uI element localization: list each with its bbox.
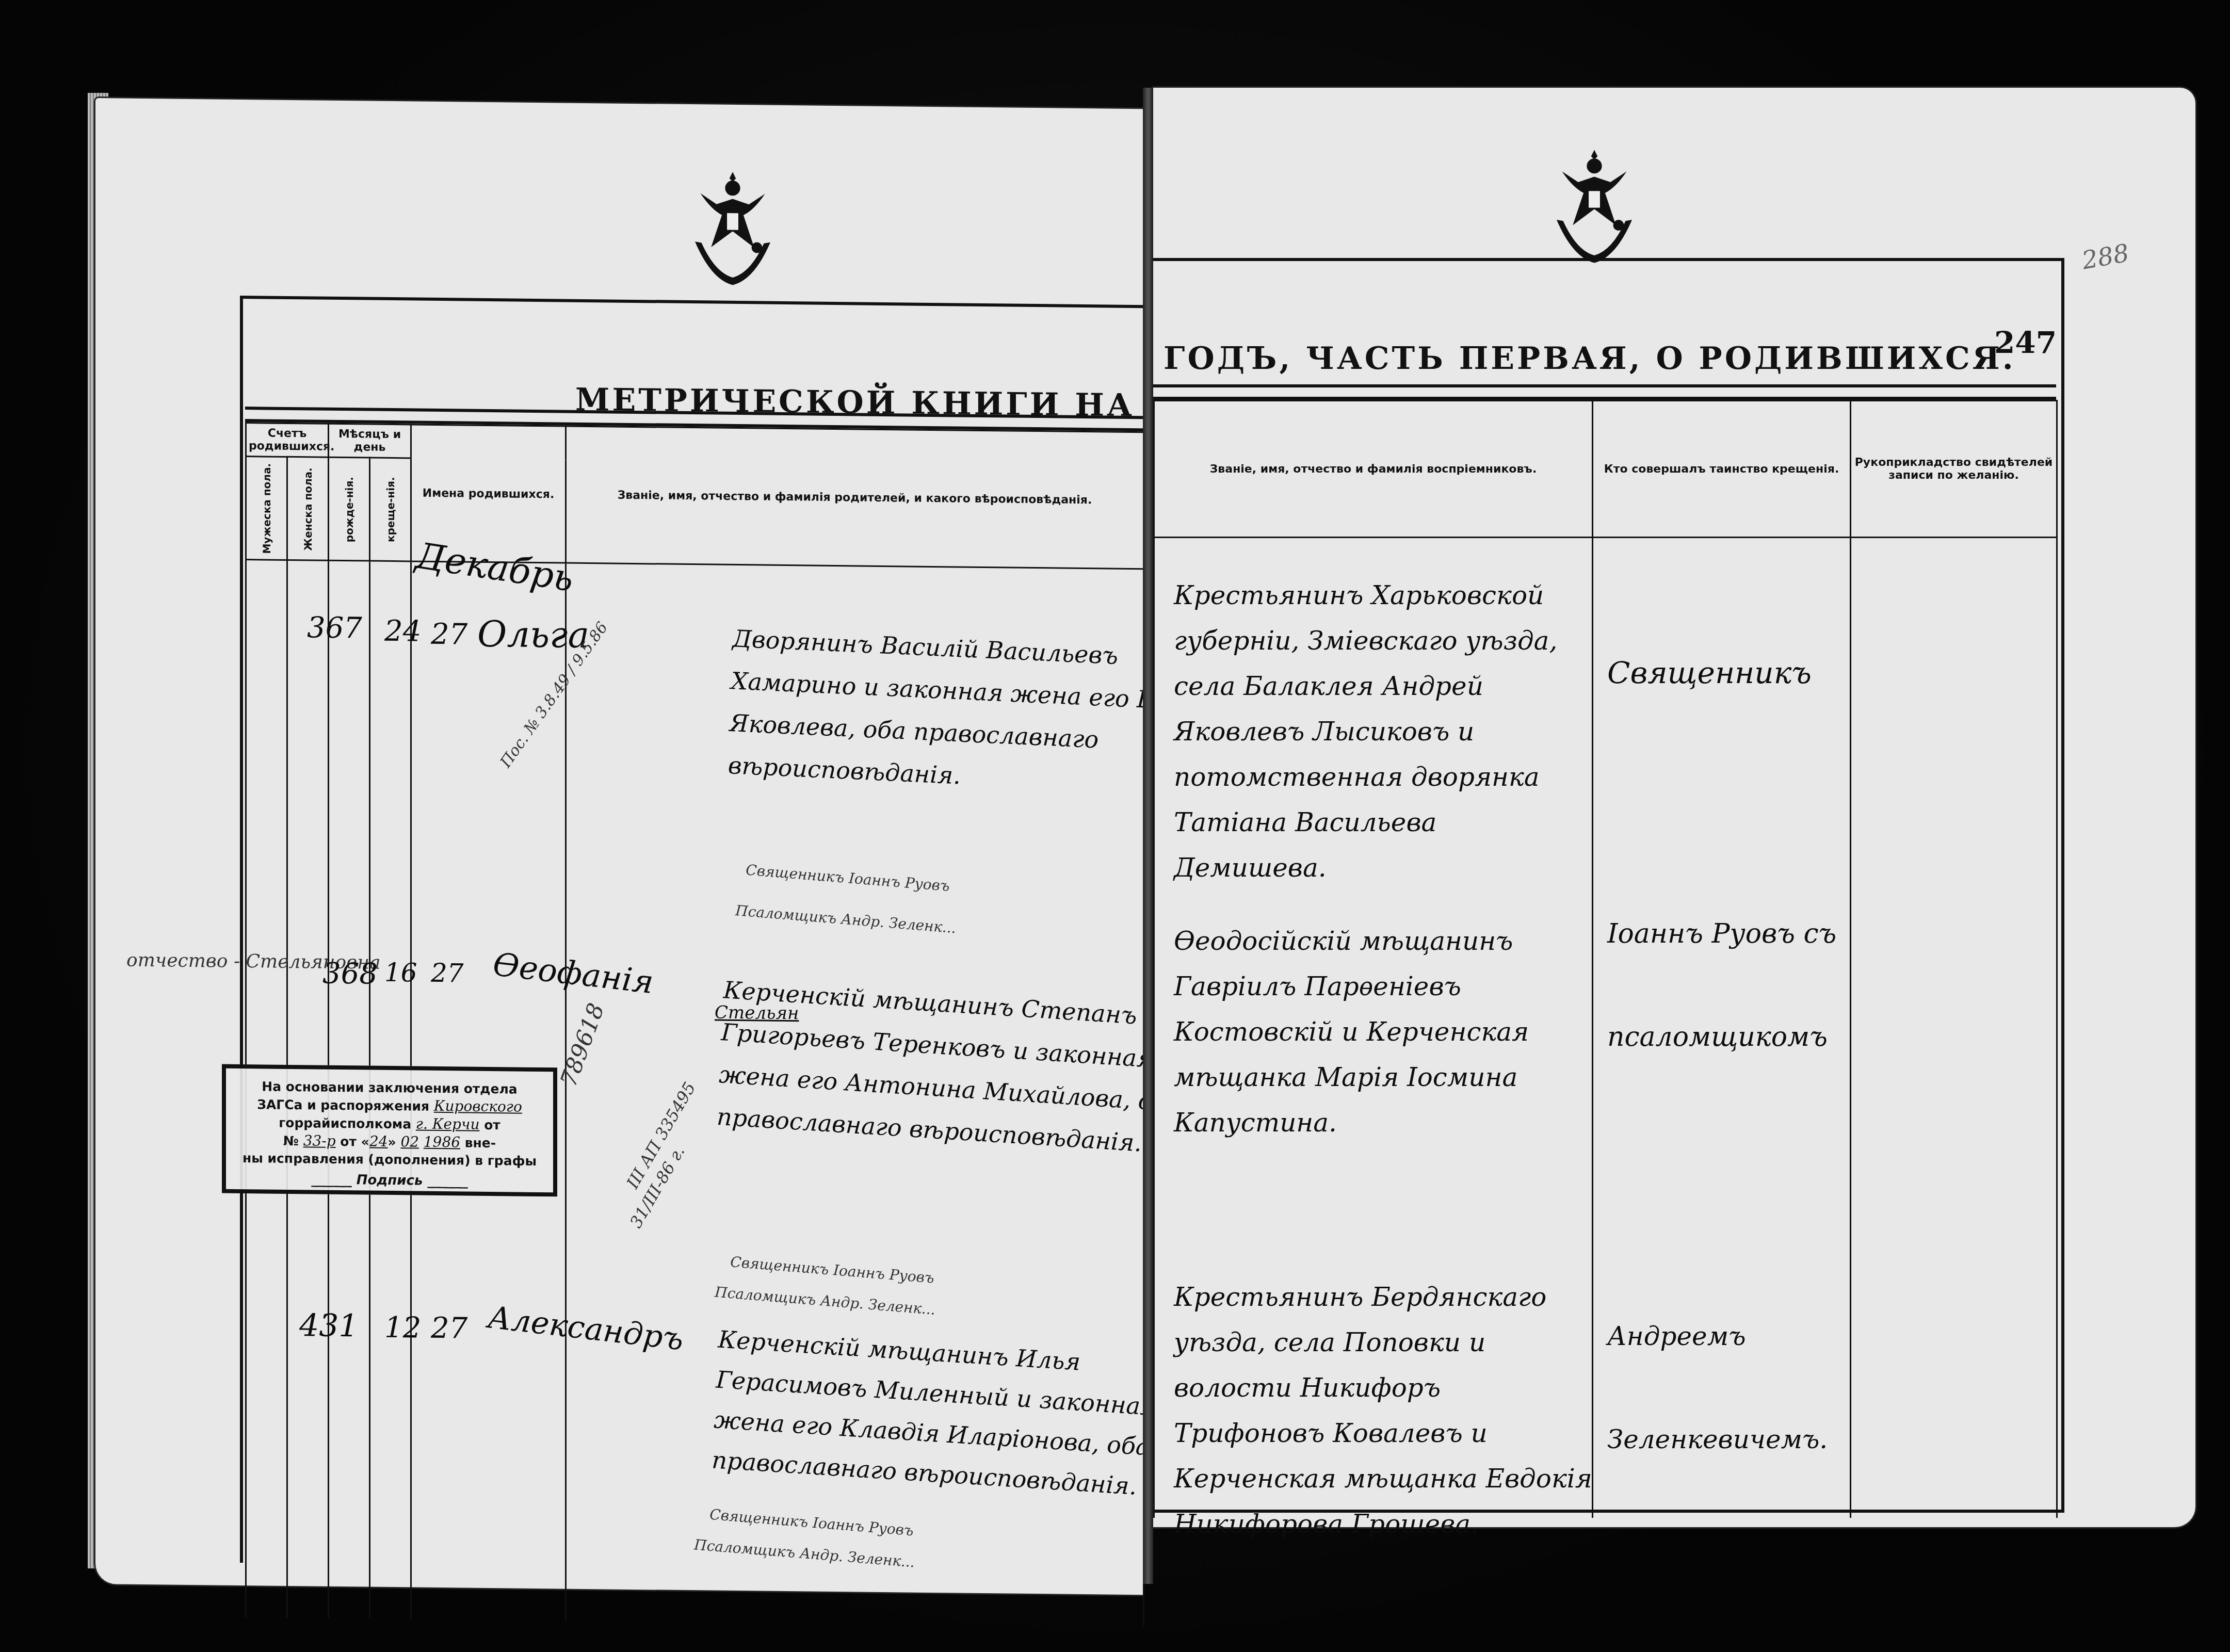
- imperial-eagle-crest-icon: [678, 166, 787, 291]
- entry-2-birth-day: 16: [384, 958, 417, 988]
- stamp-day: 24: [369, 1133, 388, 1150]
- header-count-male: Мужеска пола.: [246, 457, 287, 560]
- register-title-right: ГОДЪ, ЧАСТЬ ПЕРВАЯ, О РОДИВШИХСЯ.: [1164, 341, 2016, 377]
- page-number: 247: [1994, 325, 2057, 360]
- header-rule: [1153, 384, 2056, 400]
- entry-3-baptism-day: 27: [431, 1311, 467, 1346]
- header-officiant: Кто совершалъ таинство крещенія.: [1593, 401, 1851, 538]
- stamp-signature-label: Подпись: [357, 1172, 423, 1188]
- entry-2-correction-surname: Стельян: [715, 1002, 799, 1024]
- right-entry-3-officiant: Андреемъ Зеленкевичемъ.: [1607, 1285, 1876, 1491]
- left-page: МЕТРИЧЕСКОЙ КНИГИ НА 1911 Счетъ родивших…: [95, 98, 1143, 1595]
- header-godparents: Званіе, имя, отчество и фамилія воспріем…: [1154, 401, 1593, 538]
- book-gutter: [1143, 88, 1153, 1584]
- imperial-eagle-crest-icon: [1540, 144, 1649, 268]
- stamp-line-3: горрайисполкома г. Керчи от: [231, 1113, 548, 1135]
- stamp-signature-line: ______ Подпись ______: [231, 1170, 548, 1191]
- stamp-line-3-prefix: горрайисполкома: [279, 1115, 411, 1132]
- zags-correction-stamp: На основании заключения отдела ЗАГСа и р…: [222, 1064, 557, 1197]
- header-date-group: Мѣсяцъ и день: [329, 424, 411, 458]
- entry-1-birth-day: 24: [384, 614, 421, 649]
- stamp-line-4-suffix: вне-: [465, 1135, 496, 1151]
- stamp-line-3-suffix: от: [484, 1117, 500, 1132]
- right-entry-1-godparents: Крестьянинъ Харьковской губерніи, Зміевс…: [1174, 573, 1597, 890]
- stamp-line-3-hand: г. Керчи: [416, 1115, 480, 1133]
- entry-2: отчество - Стельяновна 368 16 27 Ѳеофані…: [95, 98, 1143, 109]
- right-entry-2-godparents: Ѳеодосійскій мѣщанинъ Гавріилъ Парѳеніев…: [1174, 918, 1597, 1145]
- entry-1-name: Ольга: [477, 613, 589, 656]
- stamp-from: от «: [340, 1134, 369, 1149]
- entry-2-baptism-day: 27: [431, 958, 464, 989]
- stamp-order-no: 33-р: [303, 1132, 336, 1149]
- entry-1-female-no: 367: [307, 611, 362, 645]
- stamp-line-5: ны исправления (дополнения) в графы: [231, 1149, 548, 1170]
- header-count-group: Счетъ родившихся.: [246, 423, 329, 458]
- folio-pencil-number: 288: [2080, 238, 2131, 275]
- right-entry-3-godparents: Крестьянинъ Бердянскаго уѣзда, села Попо…: [1174, 1274, 1597, 1547]
- entry-3-male-no: 431: [299, 1307, 359, 1344]
- entry-1: 367 24 27 Ольга Дворянинъ Василій Василь…: [95, 98, 1143, 109]
- header-parents: Званіе, имя, отчество и фамилія родителе…: [566, 426, 1144, 569]
- stamp-line-2-prefix: ЗАГСа и распоряжения: [257, 1097, 429, 1113]
- header-date-baptism: креще-нія.: [370, 458, 411, 561]
- stamp-month: 02: [400, 1133, 419, 1150]
- right-entry-2-officiant: Іоаннъ Руовъ съ псаломщикомъ: [1607, 882, 1845, 1089]
- right-page: ГОДЪ, ЧАСТЬ ПЕРВАЯ, О РОДИВШИХСЯ. 247 28…: [1153, 88, 2195, 1527]
- entry-2-female-no: 368: [322, 957, 378, 991]
- open-register-book: МЕТРИЧЕСКОЙ КНИГИ НА 1911 Счетъ родивших…: [95, 88, 2195, 1584]
- stamp-no-prefix: №: [283, 1133, 299, 1148]
- entry-3: 431 12 27 Александръ Керченскій мѣщанинъ…: [95, 98, 1143, 109]
- entry-3-birth-day: 12: [384, 1311, 421, 1345]
- header-witnesses: Рукоприкладство свидѣтелей записи по жел…: [1851, 401, 2057, 538]
- header-count-female: Женска пола.: [287, 457, 329, 560]
- entry-1-baptism-day: 27: [431, 618, 467, 652]
- stamp-line-2-hand: Кировского: [434, 1097, 522, 1115]
- header-date-birth: рожде-нія.: [329, 457, 370, 561]
- stamp-year: 1986: [424, 1133, 460, 1151]
- right-entry-1-officiant: Священникъ: [1607, 655, 1812, 690]
